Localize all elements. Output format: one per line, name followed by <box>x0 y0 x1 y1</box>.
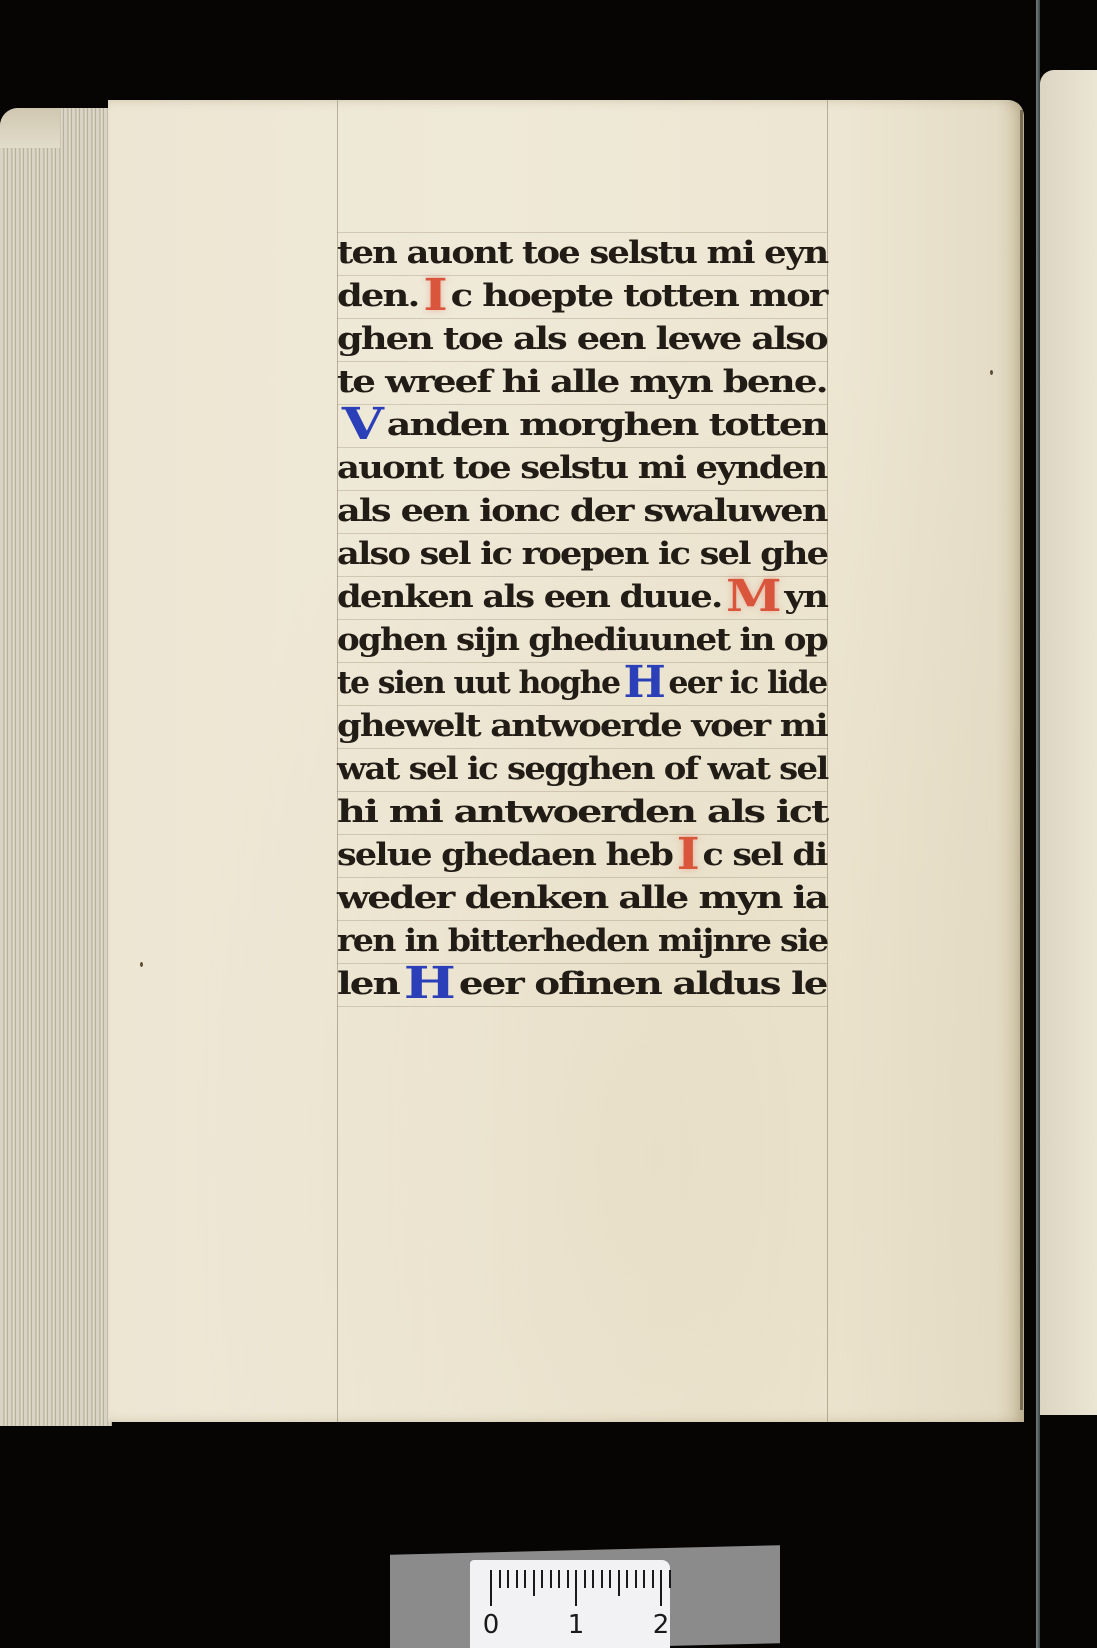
ruler-tick <box>558 1570 560 1588</box>
ruler-tick <box>652 1570 654 1588</box>
ruler-tick <box>575 1570 577 1606</box>
page-stack-fore-edges <box>0 108 112 1426</box>
ruler-tick <box>618 1570 620 1596</box>
ruler-tick <box>550 1570 552 1588</box>
blue-initial-letter: H <box>404 965 454 1003</box>
ruler-tick <box>533 1570 535 1596</box>
ruler-tick <box>499 1570 501 1588</box>
text-line: ren in bitterheden mijnre sie <box>337 920 827 963</box>
text-line: te wreef hi alle myn bene. <box>337 361 827 404</box>
text-segment: yn <box>784 579 827 615</box>
text-segment: len <box>337 966 399 1002</box>
text-segment: te wreef hi alle myn bene. <box>337 364 827 400</box>
text-segment: ten auont toe selstu mi eyn <box>337 235 827 271</box>
ruler-tick <box>507 1570 509 1588</box>
gutter-shadow <box>1020 110 1023 1410</box>
red-initial-letter: I <box>677 836 698 874</box>
text-segment: selue ghedaen heb <box>337 837 672 873</box>
scale-ruler: 012 <box>470 1560 670 1648</box>
ruler-tick <box>601 1570 603 1588</box>
text-segment: als een ionc der swaluwen <box>337 493 826 529</box>
text-line: te sien uut hogheHeer ic lide <box>337 662 827 705</box>
text-segment: ghewelt antwoerde voer mi <box>337 708 827 744</box>
text-line: lenHeer ofinen aldus le <box>337 963 827 1006</box>
text-line: auont toe selstu mi eynden <box>337 447 826 490</box>
text-segment: c hoepte totten mor <box>451 278 827 314</box>
text-line: ghen toe als een lewe also <box>337 318 827 361</box>
red-initial-letter: I <box>423 277 446 315</box>
text-segment: weder denken alle myn ia <box>337 880 827 916</box>
ruler-tick <box>567 1570 569 1588</box>
text-line: ghewelt antwoerde voer mi <box>337 705 827 748</box>
text-segment: denken als een duue. <box>337 579 721 615</box>
ruler-tick <box>584 1570 586 1588</box>
text-segment: hi mi antwoerden als ict <box>337 794 827 830</box>
ruler-tick <box>669 1570 671 1588</box>
text-line: als een ionc der swaluwen <box>337 490 826 533</box>
text-line: also sel ic roepen ic sel ghe <box>337 533 827 576</box>
ruler-tick <box>516 1570 518 1588</box>
ruler-tick <box>635 1570 637 1588</box>
ruler-tick <box>524 1570 526 1588</box>
text-segment: den. <box>337 278 418 314</box>
text-line: denken als een duue.Myn <box>337 576 827 619</box>
text-line: den.Ic hoepte totten mor <box>337 275 826 318</box>
blue-initial-letter: H <box>624 664 665 702</box>
facing-page-edge <box>1040 70 1097 1415</box>
text-segment: te sien uut hoghe <box>337 665 619 701</box>
text-line: oghen sijn ghediuunet in op <box>337 619 827 662</box>
text-segment: anden morghen totten <box>387 407 827 443</box>
margin-speck <box>990 370 993 375</box>
text-line: hi mi antwoerden als ict <box>337 791 827 834</box>
text-segment: eer ofinen aldus le <box>459 966 827 1002</box>
ruler-tick <box>660 1570 662 1606</box>
text-segment: c sel di <box>703 837 827 873</box>
red-initial-letter: M <box>726 578 780 616</box>
glass-plate-edge <box>1036 0 1040 1648</box>
text-line: wat sel ic segghen of wat sel <box>337 748 827 791</box>
ruler-tick <box>490 1570 492 1606</box>
text-segment: eer ic lide <box>668 665 826 701</box>
ruler-label: 1 <box>568 1610 585 1640</box>
blue-initial-letter: V <box>342 406 382 444</box>
text-segment: wat sel ic segghen of wat sel <box>337 751 827 787</box>
ruler-tick <box>592 1570 594 1588</box>
ruler-tick <box>626 1570 628 1588</box>
text-segment: also sel ic roepen ic sel ghe <box>337 536 827 572</box>
margin-speck <box>140 962 143 967</box>
text-segment: auont toe selstu mi eynden <box>337 450 826 486</box>
text-line: ten auont toe selstu mi eyn <box>337 232 827 275</box>
text-segment: ghen toe als een lewe also <box>337 321 827 357</box>
ruler-tick <box>541 1570 543 1588</box>
text-segment: oghen sijn ghediuunet in op <box>337 622 827 658</box>
text-segment: ren in bitterheden mijnre sie <box>337 923 827 959</box>
ruler-tick <box>609 1570 611 1588</box>
text-line: selue ghedaen hebIc sel di <box>337 834 827 877</box>
text-line: weder denken alle myn ia <box>337 877 827 920</box>
ruler-label: 0 <box>483 1610 500 1640</box>
ruler-label: 2 <box>653 1610 670 1640</box>
ruler-tick <box>643 1570 645 1588</box>
text-line: Vanden morghen totten <box>337 404 827 447</box>
